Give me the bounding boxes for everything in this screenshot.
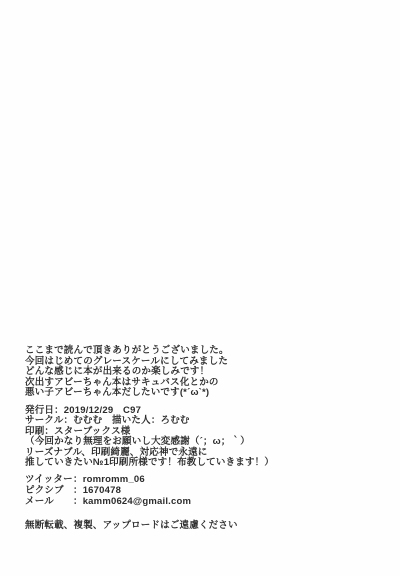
- contact-block: ツイッター ： romromm_06 ピクシブ ： 1670478 メール ： …: [25, 474, 385, 507]
- contact-row-mail: メール ： kamm0624@gmail.com: [25, 496, 385, 507]
- afterword-line-5: 悪い子アビーちゃん本だしたいです(*´ω`*): [25, 388, 385, 399]
- pixiv-separator: ：: [73, 485, 83, 496]
- afterword-block: ここまで読んで頂きありがとうございました。 今回はじめてのグレースケールにしてみ…: [25, 346, 385, 399]
- no-repost-notice: 無断転載、複製、アップロードはご遠慮ください: [25, 521, 385, 532]
- printer-note-line-3: 推していきたい№1印刷所様です！布教していきます！）: [25, 458, 385, 469]
- pixiv-id: 1670478: [83, 485, 121, 496]
- circle-artist-line: サークル：むむむ 描いた人：ろむむ: [25, 416, 385, 427]
- pixiv-label: ピクシブ: [25, 485, 73, 496]
- twitter-handle: romromm_06: [83, 474, 145, 485]
- mail-address: kamm0624@gmail.com: [83, 496, 191, 507]
- mail-separator: ：: [73, 496, 83, 507]
- publication-info-block: 発行日：2019/12/29 C97 サークル：むむむ 描いた人：ろむむ 印刷：…: [25, 406, 385, 469]
- afterword-line-3: どんな感じに本が出来るのか楽しみです！: [25, 367, 385, 378]
- colophon-page: ここまで読んで頂きありがとうございました。 今回はじめてのグレースケールにしてみ…: [0, 0, 400, 576]
- contact-row-twitter: ツイッター ： romromm_06: [25, 474, 385, 485]
- afterword-line-1: ここまで読んで頂きありがとうございました。: [25, 346, 385, 357]
- notice-block: 無断転載、複製、アップロードはご遠慮ください: [25, 521, 385, 532]
- printer-note-line-1: （今回かなり無理をお願いし大変感謝（´；ω；｀）: [25, 437, 385, 448]
- mail-label: メール: [25, 496, 73, 507]
- twitter-separator: ：: [73, 474, 83, 485]
- contact-row-pixiv: ピクシブ ： 1670478: [25, 485, 385, 496]
- colophon-text-area: ここまで読んで頂きありがとうございました。 今回はじめてのグレースケールにしてみ…: [25, 346, 385, 531]
- twitter-label: ツイッター: [25, 474, 73, 485]
